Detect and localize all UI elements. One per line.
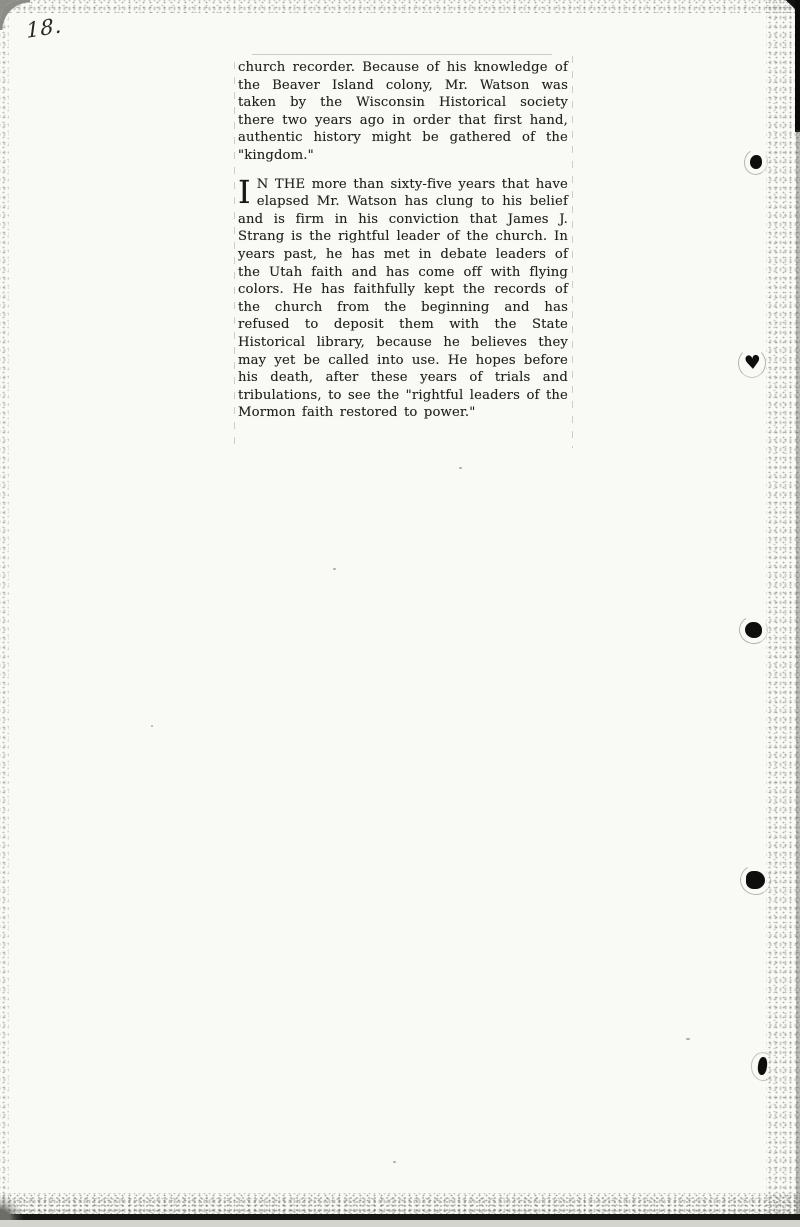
clipping-cut-edge-left [234,62,235,444]
scan-edge-bottom-fringe [0,1196,800,1214]
clipping-cut-edge-top [252,54,552,55]
scan-gray-strip-right [796,130,800,1220]
paper-speck [459,467,462,469]
clipping-paragraph-2: IN THE more than sixty-five years that h… [238,176,568,422]
ink-blot-2-heart: ♥ [744,355,760,371]
clipping-paragraph-1: church recorder. Because of his knowledg… [238,59,568,165]
scan-shadow-bottom-left [0,1186,26,1220]
scan-edge-left [0,0,9,1227]
scanned-document-page: 18. church recorder. Because of his know… [0,0,800,1227]
drop-cap-initial: I [238,176,257,207]
scan-edge-top [0,0,800,13]
scan-edge-right [766,0,800,1227]
ink-blot-4 [746,871,765,889]
paper-speck [333,568,336,570]
clipping-paragraph-2-text: N THE more than sixty-five years that ha… [238,177,568,421]
paper-speck [686,1038,690,1040]
news-clipping: church recorder. Because of his knowledg… [238,59,568,422]
next-page-edge-bottom [0,1220,800,1227]
paper-speck [393,1161,396,1163]
heart-blot-glyph: ♥ [743,354,760,371]
scan-black-strip-right [795,0,800,132]
ink-blot-1 [750,155,762,169]
paper-speck [151,725,153,727]
ink-blot-3 [745,622,762,638]
ink-blot-5 [757,1057,768,1076]
handwritten-page-number: 18. [26,13,63,43]
clipping-cut-edge-right [572,56,573,448]
